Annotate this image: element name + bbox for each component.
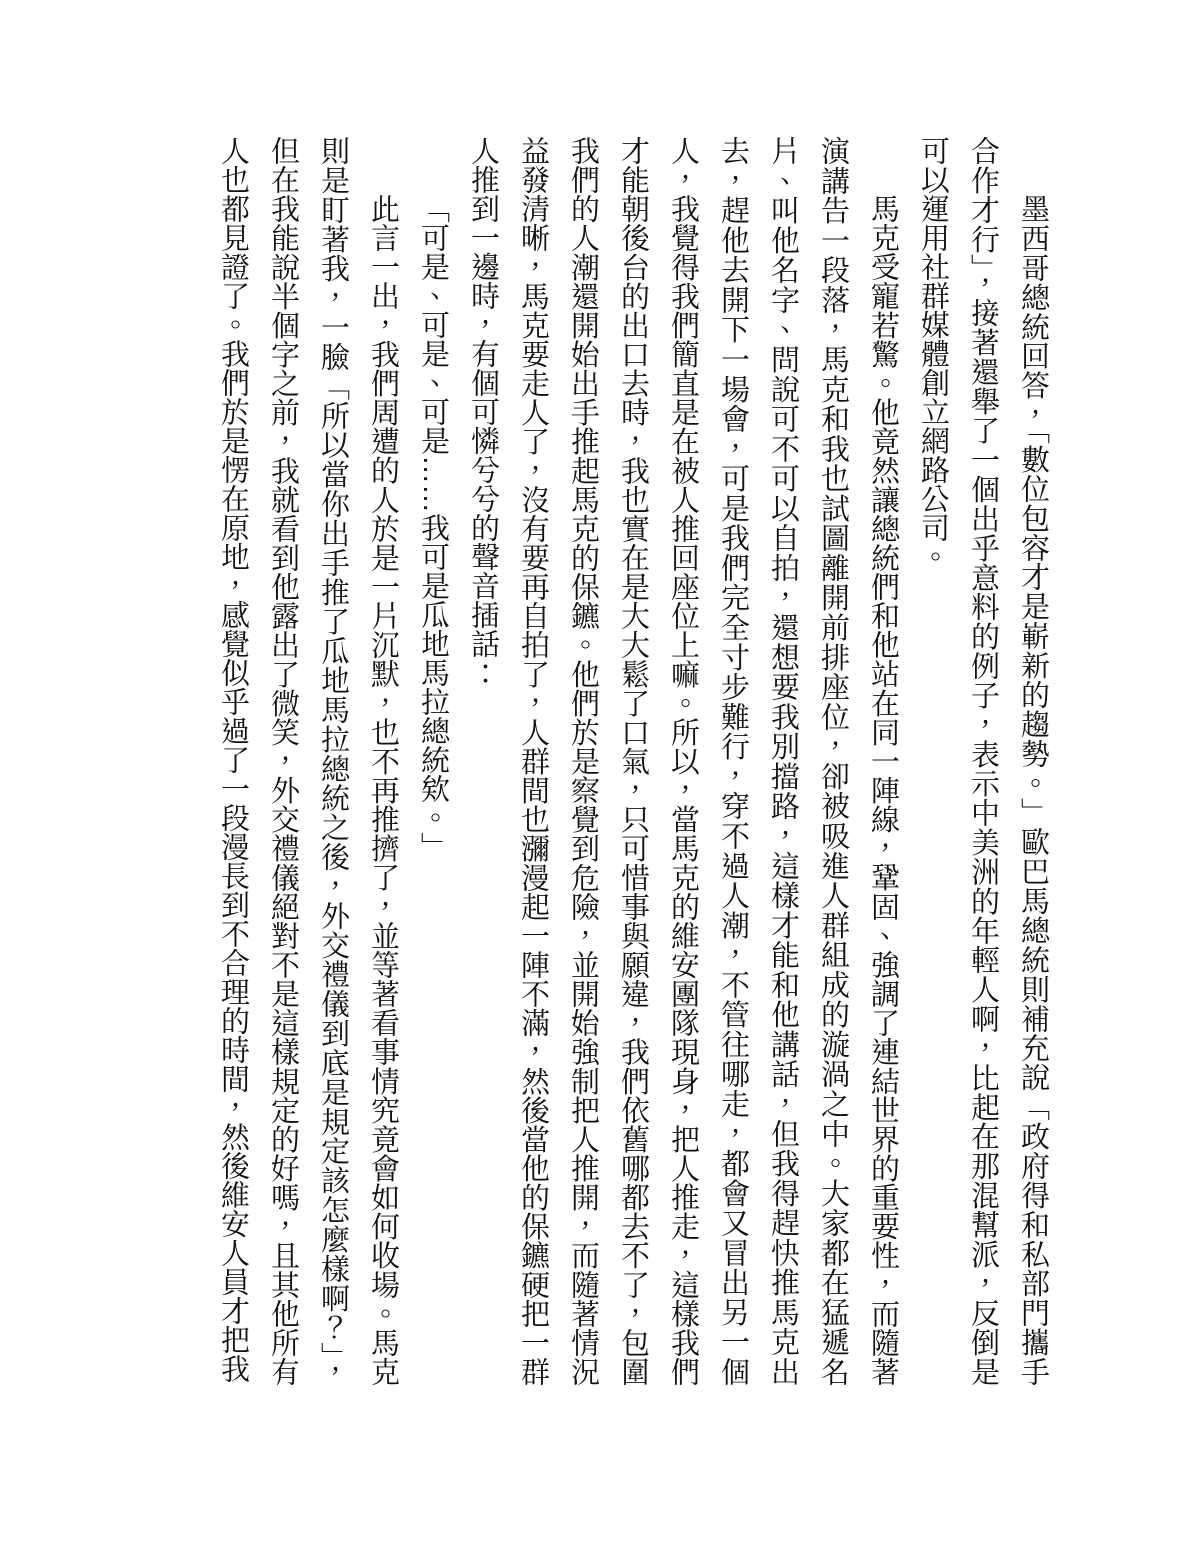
book-page: 墨西哥總統回答，「數位包容才是嶄新的趨勢。」歐巴馬總統則補充說「政府得和私部門攜…	[0, 0, 1200, 1553]
paragraph-3-quote: 「可是、可是、可是……我可是瓜地馬拉總統欸。」	[408, 136, 458, 1386]
paragraph-2: 馬克受寵若驚。他竟然讓總統們和他站在同一陣線，鞏固、強調了連結世界的重要性，而隨…	[458, 136, 908, 1386]
paragraph-1: 墨西哥總統回答，「數位包容才是嶄新的趨勢。」歐巴馬總統則補充說「政府得和私部門攜…	[908, 136, 1058, 1386]
vertical-text-block: 墨西哥總統回答，「數位包容才是嶄新的趨勢。」歐巴馬總統則補充說「政府得和私部門攜…	[206, 136, 1058, 1386]
paragraph-4: 此言一出，我們周遭的人於是一片沉默，也不再推擠了，並等著看事情究竟會如何收場。馬…	[208, 136, 408, 1386]
